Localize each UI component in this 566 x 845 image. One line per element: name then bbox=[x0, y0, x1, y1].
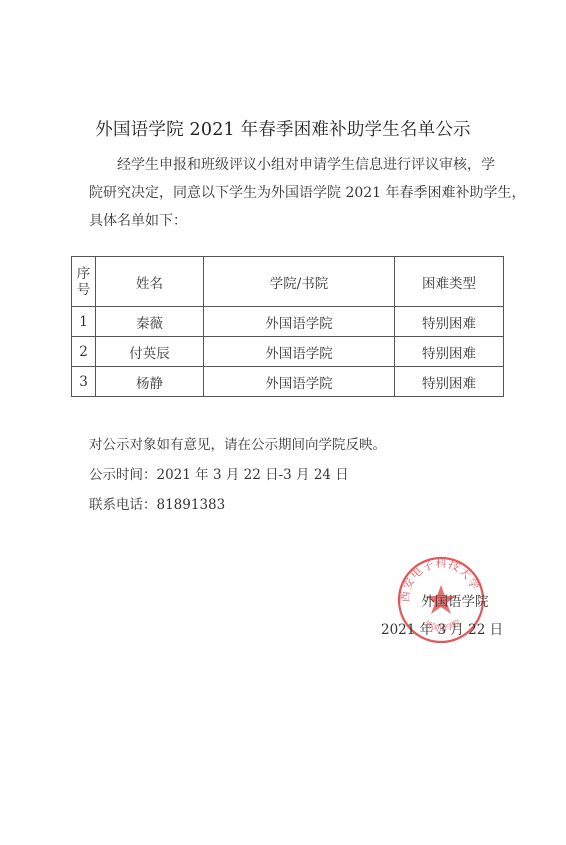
objection-note: 对公示对象如有意见，请在公示期间向学院反映。 bbox=[89, 430, 386, 460]
header-college: 学院/书院 bbox=[204, 257, 395, 307]
notes-block: 对公示对象如有意见，请在公示期间向学院反映。 公示时间：2021 年 3 月 2… bbox=[89, 430, 386, 520]
intro-line-1: 经学生申报和班级评议小组对申请学生信息进行评议审核，学 bbox=[89, 151, 485, 179]
publicity-period: 公示时间：2021 年 3 月 22 日-3 月 24 日 bbox=[89, 460, 386, 490]
signature-org: 外国语学院 bbox=[421, 590, 489, 610]
intro-line-3: 具体名单如下： bbox=[89, 207, 485, 235]
intro-paragraph: 经学生申报和班级评议小组对申请学生信息进行评议审核，学 院研究决定，同意以下学生… bbox=[89, 151, 485, 235]
cell-seq: 1 bbox=[72, 307, 96, 337]
cell-college: 外国语学院 bbox=[204, 307, 395, 337]
header-seq: 序号 bbox=[72, 257, 96, 307]
subsidy-student-table: 序号 姓名 学院/书院 困难类型 1 秦薇 外国语学院 特别困难 2 付英辰 外… bbox=[71, 256, 504, 397]
table-header-row: 序号 姓名 学院/书院 困难类型 bbox=[72, 257, 504, 307]
cell-college: 外国语学院 bbox=[204, 337, 395, 367]
document-page: 外国语学院 2021 年春季困难补助学生名单公示 经学生申报和班级评议小组对申请… bbox=[0, 0, 566, 845]
header-type: 困难类型 bbox=[395, 257, 504, 307]
table-row: 1 秦薇 外国语学院 特别困难 bbox=[72, 307, 504, 337]
cell-type: 特别困难 bbox=[395, 337, 504, 367]
signature-date: 2021 年 3 月 22 日 bbox=[381, 618, 503, 638]
cell-type: 特别困难 bbox=[395, 367, 504, 397]
header-name: 姓名 bbox=[96, 257, 204, 307]
cell-college: 外国语学院 bbox=[204, 367, 395, 397]
cell-name: 杨静 bbox=[96, 367, 204, 397]
cell-seq: 2 bbox=[72, 337, 96, 367]
cell-seq: 3 bbox=[72, 367, 96, 397]
table-row: 3 杨静 外国语学院 特别困难 bbox=[72, 367, 504, 397]
intro-line-2: 院研究决定，同意以下学生为外国语学院 2021 年春季困难补助学生， bbox=[89, 179, 485, 207]
document-title: 外国语学院 2021 年春季困难补助学生名单公示 bbox=[0, 116, 566, 141]
cell-name: 付英辰 bbox=[96, 337, 204, 367]
cell-type: 特别困难 bbox=[395, 307, 504, 337]
cell-name: 秦薇 bbox=[96, 307, 204, 337]
contact-phone: 联系电话：81891383 bbox=[89, 490, 386, 520]
table-row: 2 付英辰 外国语学院 特别困难 bbox=[72, 337, 504, 367]
